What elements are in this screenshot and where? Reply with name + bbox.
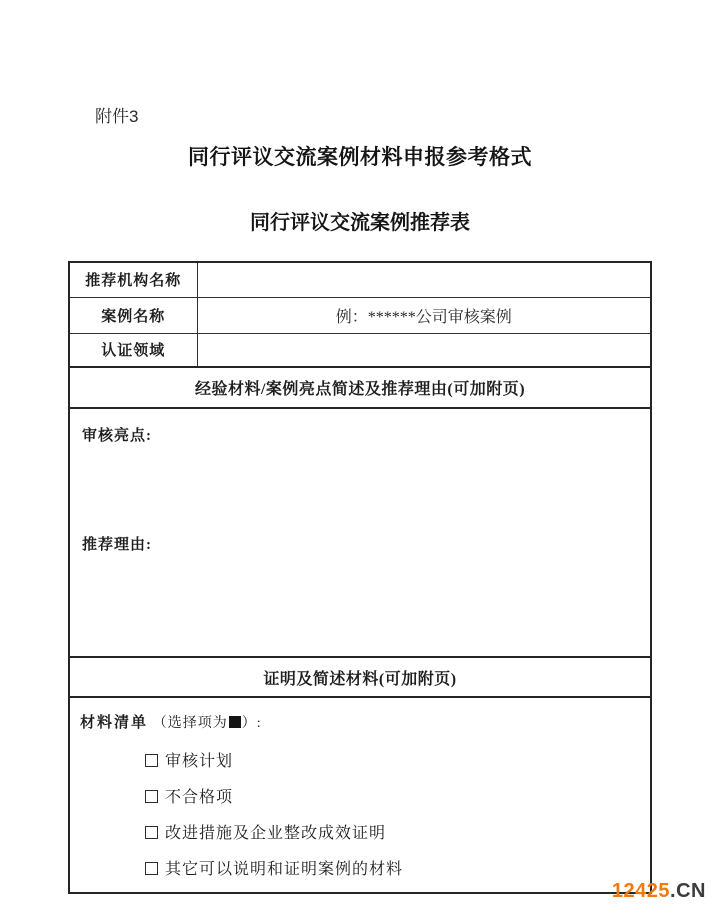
table-row-case-name: 案例名称 例：******公司审核案例 (69, 297, 651, 333)
experience-section-header: 经验材料/案例亮点简述及推荐理由(可加附页) (69, 367, 651, 408)
material-list-label: 材料清单 (80, 715, 148, 731)
material-list-note-suffix: ）: (242, 716, 262, 731)
checklist-item-nonconformity[interactable]: 不合格项 (145, 784, 640, 807)
watermark-primary-text: 12425 (612, 880, 670, 902)
recommend-reason-label: 推荐理由: (82, 533, 638, 554)
checkbox-unchecked-icon[interactable] (145, 826, 158, 839)
audit-highlight-label: 审核亮点: (82, 424, 638, 445)
material-list-note-prefix: （选择项为 (153, 716, 228, 731)
document-title: 同行评议交流案例材料申报参考格式 (0, 141, 720, 171)
evidence-section-header-row: 证明及简述材料(可加附页) (69, 657, 651, 697)
certification-field-value-cell[interactable] (197, 333, 651, 367)
checklist-item-audit-plan[interactable]: 审核计划 (145, 748, 640, 771)
table-row-certification-field: 认证领域 (69, 333, 651, 367)
org-name-label: 推荐机构名称 (69, 262, 197, 297)
checklist-item-other-materials[interactable]: 其它可以说明和证明案例的材料 (145, 856, 640, 879)
table-row-org-name: 推荐机构名称 (69, 262, 651, 297)
evidence-section-header: 证明及简述材料(可加附页) (69, 657, 651, 697)
checklist-item-label: 审核计划 (165, 753, 233, 770)
org-name-value-cell[interactable] (197, 262, 651, 297)
document-page: 附件3 同行评议交流案例材料申报参考格式 同行评议交流案例推荐表 推荐机构名称 … (0, 0, 720, 913)
watermark-secondary-text: .CN (670, 880, 706, 902)
filled-square-icon (229, 716, 241, 728)
watermark: 12425.CN (612, 880, 706, 903)
attachment-label: 附件3 (95, 102, 138, 127)
checkbox-unchecked-icon[interactable] (145, 790, 158, 803)
checklist-item-improvement[interactable]: 改进措施及企业整改成效证明 (145, 820, 640, 843)
material-list-title: 材料清单 （选择项为）: (80, 711, 640, 732)
checkbox-unchecked-icon[interactable] (145, 862, 158, 875)
case-name-label: 案例名称 (69, 297, 197, 333)
checklist-item-label: 不合格项 (165, 789, 233, 806)
experience-section-header-row: 经验材料/案例亮点简述及推荐理由(可加附页) (69, 367, 651, 408)
experience-content-row: 审核亮点: 推荐理由: (69, 408, 651, 657)
checklist-item-label: 改进措施及企业整改成效证明 (165, 825, 386, 842)
material-list-row: 材料清单 （选择项为）: 审核计划 不合格项 改进措施及企业整改成效证明 其它可… (69, 697, 651, 893)
recommendation-form-table: 推荐机构名称 案例名称 例：******公司审核案例 认证领域 经验材料/案例亮… (68, 261, 652, 894)
certification-field-label: 认证领域 (69, 333, 197, 367)
checkbox-unchecked-icon[interactable] (145, 754, 158, 767)
material-list-cell: 材料清单 （选择项为）: 审核计划 不合格项 改进措施及企业整改成效证明 其它可… (69, 697, 651, 893)
case-name-value-cell[interactable]: 例：******公司审核案例 (197, 297, 651, 333)
checklist-item-label: 其它可以说明和证明案例的材料 (165, 861, 403, 878)
experience-content-cell[interactable]: 审核亮点: 推荐理由: (69, 408, 651, 657)
form-title: 同行评议交流案例推荐表 (0, 206, 720, 235)
